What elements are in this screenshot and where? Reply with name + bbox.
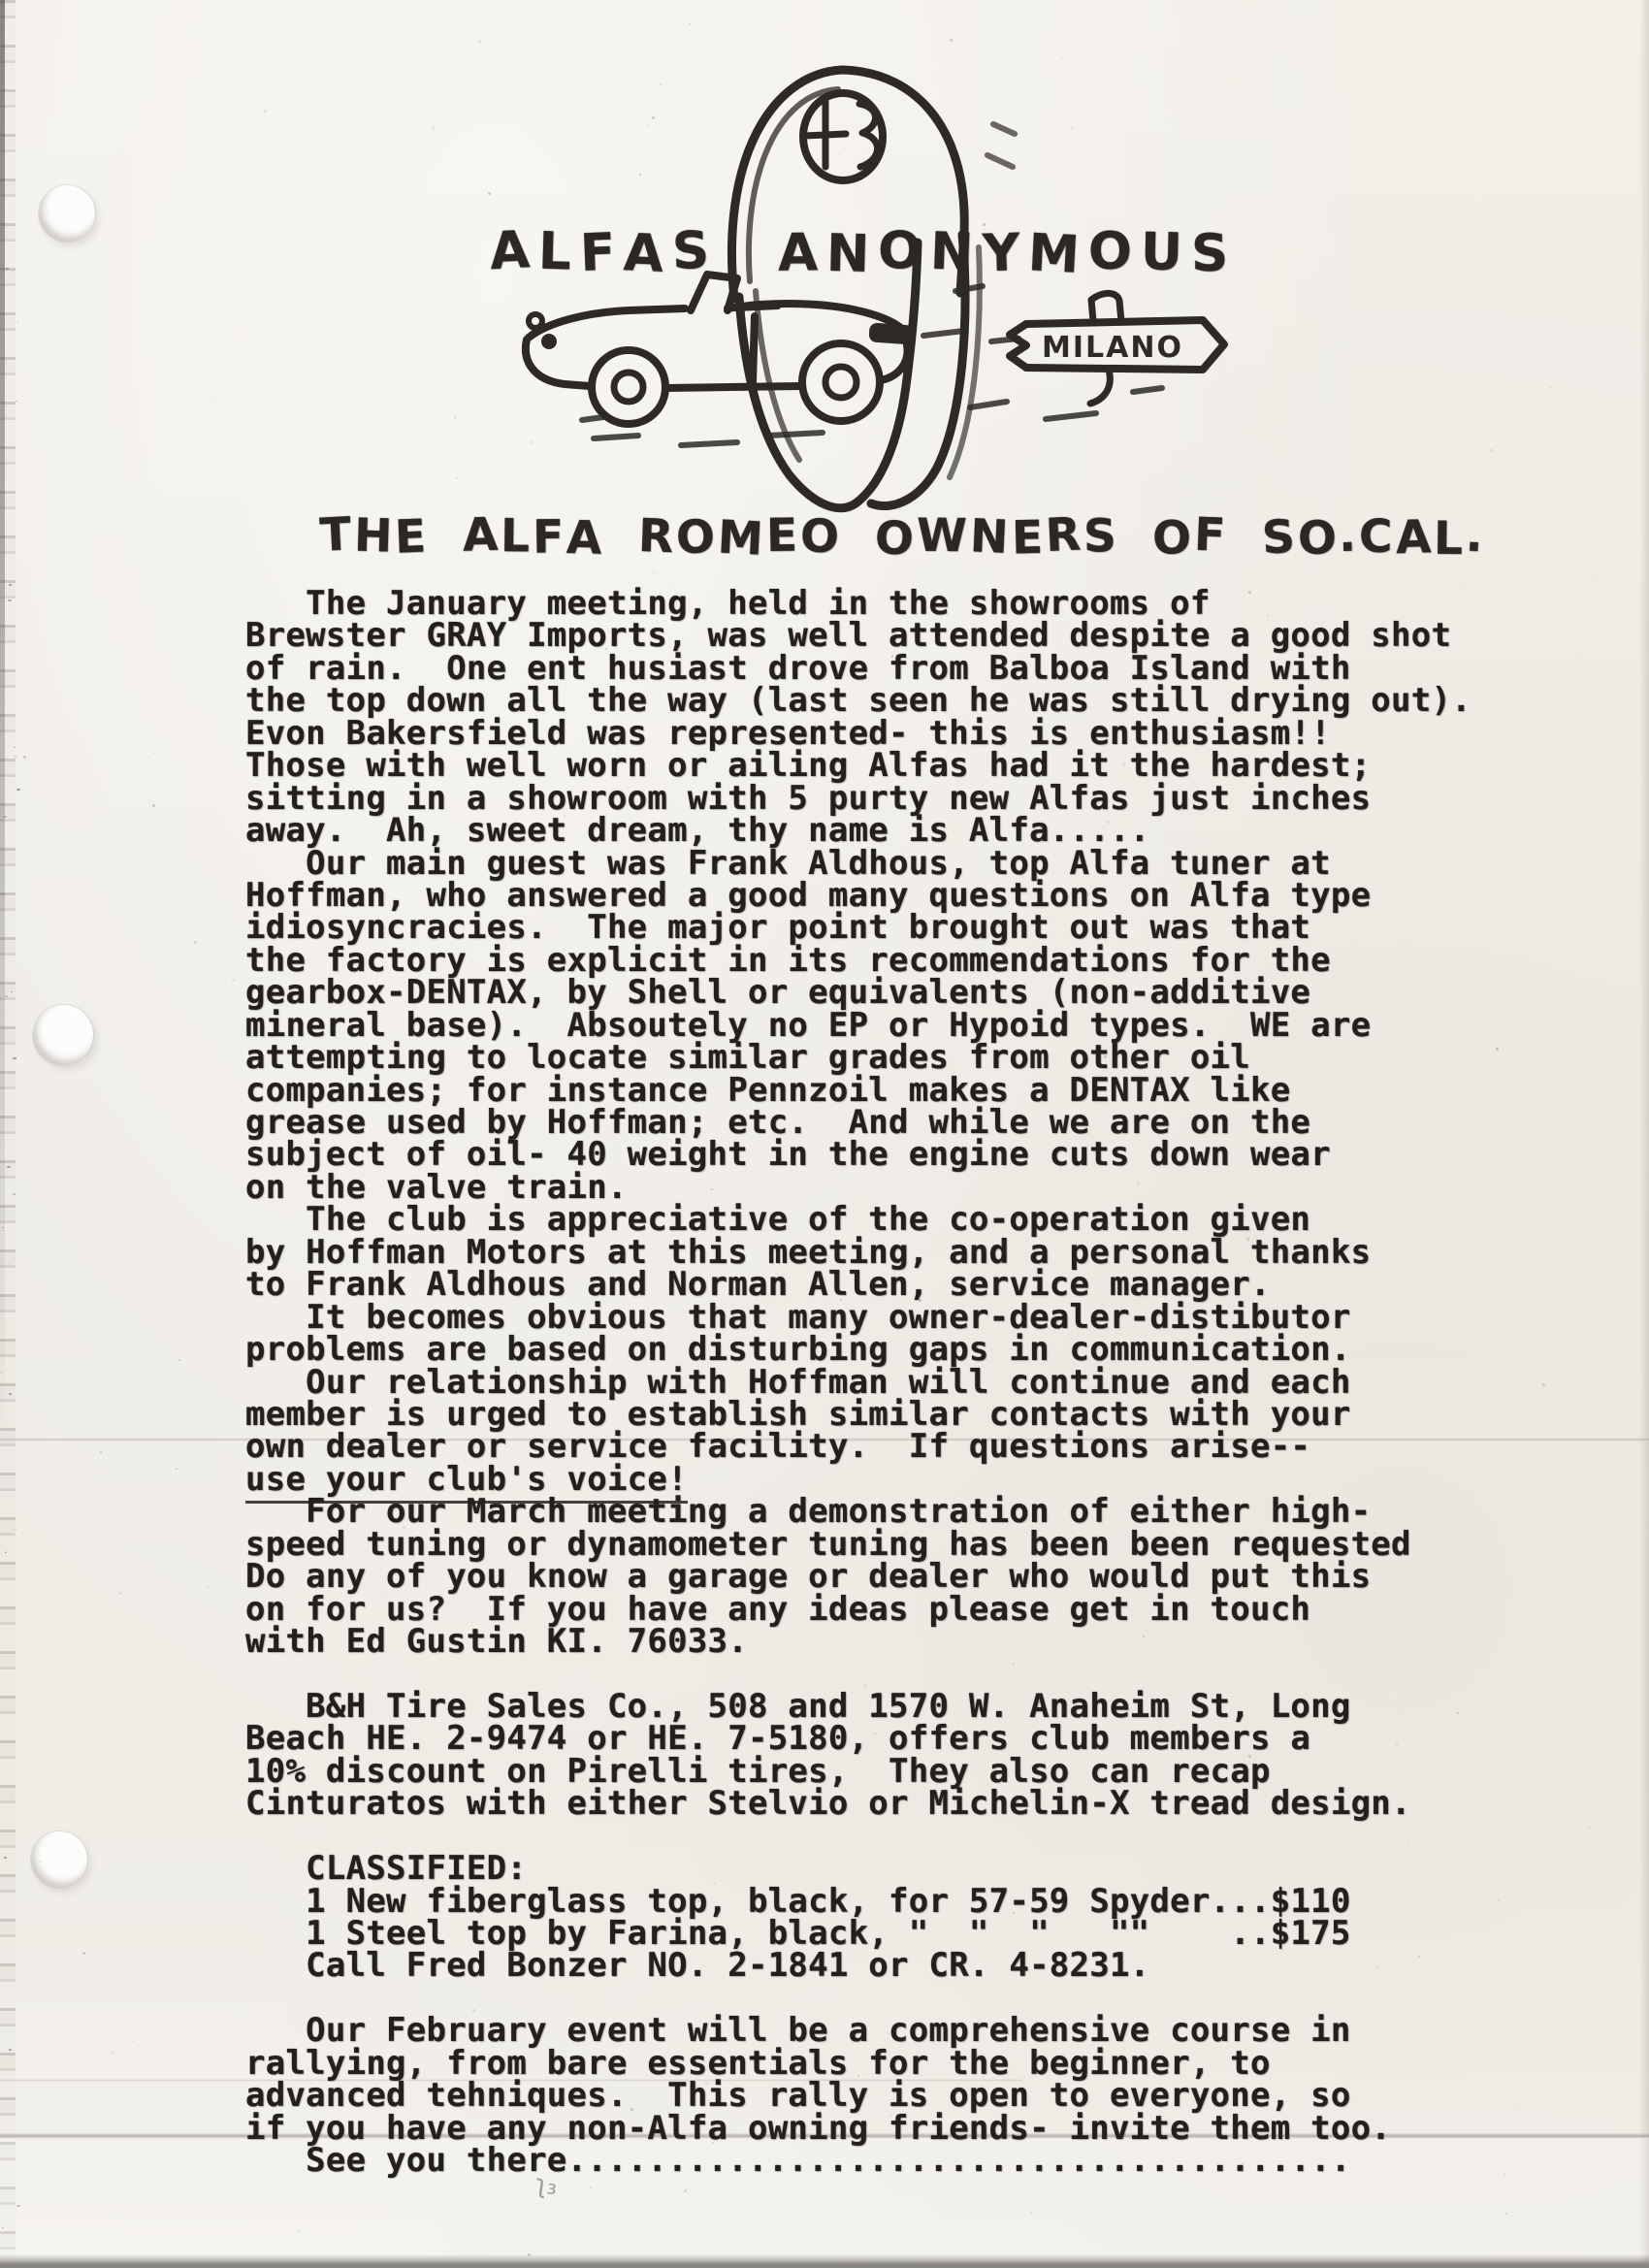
typewriter-line — [245, 1983, 1536, 2015]
milano-sign-icon: MILANO — [1010, 293, 1224, 404]
typewriter-line: attempting to locate similar grades from… — [245, 1042, 1536, 1074]
typewriter-line: Cinturatos with either Stelvio or Michel… — [245, 1788, 1536, 1820]
typewriter-line — [245, 1821, 1536, 1853]
typewriter-line: advanced tehniques. This rally is open t… — [245, 2080, 1536, 2112]
typewriter-line: It becomes obvious that many owner-deale… — [245, 1302, 1536, 1334]
typewriter-line: companies; for instance Pennzoil makes a… — [245, 1075, 1536, 1107]
typewriter-line: mineral base). Absoutely no EP or Hypoid… — [245, 1010, 1536, 1042]
typewriter-line: 1 New fiberglass top, black, for 57-59 S… — [245, 1886, 1536, 1918]
car-headlight — [529, 314, 542, 328]
typewriter-line: on for us? If you have any ideas please … — [245, 1594, 1536, 1626]
typewriter-line: Do any of you know a garage or dealer wh… — [245, 1561, 1536, 1593]
car-sketch-icon — [526, 275, 915, 445]
typewriter-line: member is urged to establish similar con… — [245, 1399, 1536, 1431]
typewriter-line: with Ed Gustin KI. 76033. — [245, 1626, 1536, 1658]
typewriter-line: own dealer or service facility. If quest… — [245, 1431, 1536, 1463]
typewriter-line: gearbox-DENTAX, by Shell or equivalents … — [245, 977, 1536, 1009]
badge-serpent-icon — [859, 104, 878, 167]
typewriter-line: the top down all the way (last seen he w… — [245, 685, 1536, 717]
typewriter-line: CLASSIFIED: — [245, 1853, 1536, 1885]
typewriter-line: by Hoffman Motors at this meeting, and a… — [245, 1237, 1536, 1269]
milano-sign-label: MILANO — [1042, 331, 1183, 365]
typewriter-line: if you have any non-Alfa owning friends-… — [245, 2113, 1536, 2145]
typewriter-line: See you there...........................… — [245, 2145, 1536, 2177]
typewriter-line: Beach HE. 2-9474 or HE. 7-5180, offers c… — [245, 1723, 1536, 1755]
scanner-edge-artifact-bottom — [0, 2254, 1649, 2268]
typewriter-line: Our main guest was Frank Aldhous, top Al… — [245, 848, 1536, 880]
typewriter-line: use your club's voice! — [245, 1464, 1536, 1496]
typewriter-line: Evon Bakersfield was represented- this i… — [245, 718, 1536, 750]
typewriter-line: subject of oil- 40 weight in the engine … — [245, 1139, 1536, 1171]
typewriter-line — [245, 1658, 1536, 1690]
typewriter-line: Those with well worn or ailing Alfas had… — [245, 750, 1536, 782]
punch-hole — [33, 1005, 93, 1065]
typewriter-line: The January meeting, held in the showroo… — [245, 588, 1536, 620]
typewriter-line: idiosyncracies. The major point brought … — [245, 912, 1536, 944]
pencil-smudge: ʅ₃ — [533, 2170, 559, 2202]
club-name: ALFAS ANONYMOUS — [490, 223, 1237, 282]
typewriter-line: rallying, from bare essentials for the b… — [245, 2048, 1536, 2080]
typewriter-line: to Frank Aldhous and Norman Allen, servi… — [245, 1269, 1536, 1301]
car-bumper — [868, 322, 914, 344]
typewriter-line: problems are based on disturbing gaps in… — [245, 1334, 1536, 1366]
typewriter-line: the factory is explicit in its recommend… — [245, 945, 1536, 977]
typewriter-line: speed tuning or dynamometer tuning has b… — [245, 1529, 1536, 1561]
typewriter-line: 10% discount on Pirelli tires, They also… — [245, 1756, 1536, 1788]
typewriter-line: The club is appreciative of the co-opera… — [245, 1204, 1536, 1236]
typewriter-line: Our February event will be a comprehensi… — [245, 2015, 1536, 2047]
punch-hole — [31, 1831, 87, 1888]
typewriter-line: B&H Tire Sales Co., 508 and 1570 W. Anah… — [245, 1691, 1536, 1723]
typewriter-line: Our relationship with Hoffman will conti… — [245, 1367, 1536, 1399]
typewriter-line: 1 Steel top by Farina, black, " " " "" .… — [245, 1918, 1536, 1950]
typewriter-line: Call Fred Bonzer NO. 2-1841 or CR. 4-823… — [245, 1950, 1536, 1982]
typewriter-line: on the valve train. — [245, 1172, 1536, 1204]
typewriter-line: Hoffman, who answered a good many questi… — [245, 880, 1536, 912]
typewriter-body: The January meeting, held in the showroo… — [245, 588, 1536, 2177]
typewriter-line: Brewster GRAY Imports, was well attended… — [245, 620, 1536, 652]
scanned-newsletter-page: MILANO ALFAS ANONYMOUS THE ALFA ROMEO OW… — [0, 0, 1649, 2268]
typewriter-line: sitting in a showroom with 5 purty new A… — [245, 783, 1536, 815]
page-title: THE ALFA ROMEO OWNERS OF SO.CAL. — [320, 510, 1486, 564]
typewriter-line: away. Ah, sweet dream, thy name is Alfa.… — [245, 815, 1536, 847]
typewriter-line: grease used by Hoffman; etc. And while w… — [245, 1107, 1536, 1139]
typewriter-line: of rain. One ent husiast drove from Balb… — [245, 653, 1536, 685]
